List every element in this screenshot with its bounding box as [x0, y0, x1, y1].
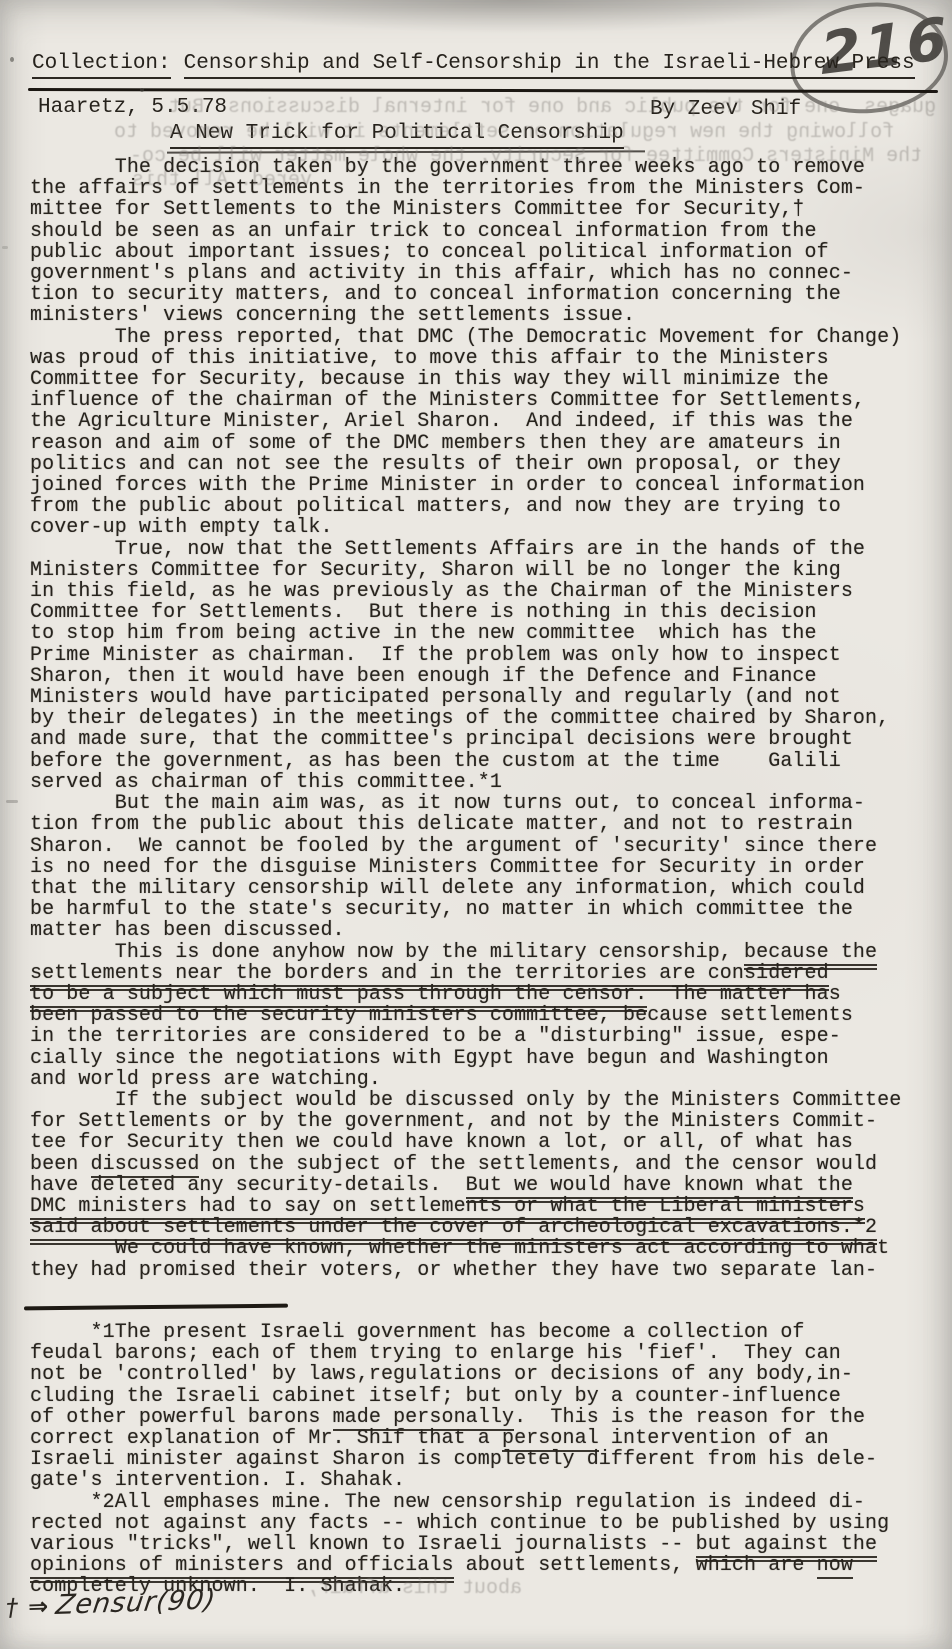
text-segment: now [817, 1554, 853, 1579]
text-segment: This is done anyhow now by the military … [30, 941, 744, 964]
text-segment: True, now that the Settlements Affairs a… [30, 538, 889, 794]
collection-heading: Collection:Censorship and Self-Censorshi… [32, 52, 915, 75]
scan-speck [6, 800, 18, 803]
text-segment: about settlements, which are [454, 1554, 817, 1577]
handwritten-annotation: †⇒Zensur(90) [6, 1584, 217, 1622]
source-and-date: Haaretz, 5.5.78 [38, 96, 227, 119]
article-title-underline-rule [167, 150, 645, 153]
scan-speck [10, 57, 14, 62]
collection-title: Censorship and Self-Censorship in the Is… [184, 52, 915, 79]
text-segment: The decision taken by the government thr… [30, 156, 865, 327]
footnote-separator [24, 1304, 288, 1311]
arrow-mark: ⇒ [28, 1592, 49, 1621]
collection-label: Collection: [32, 52, 171, 79]
dagger-mark: † [6, 1593, 19, 1621]
text-segment: The press reported, that DMC (The Democr… [30, 326, 901, 540]
scan-speck [2, 246, 8, 249]
text-segment: But the main aim was, as it now turns ou… [30, 792, 877, 942]
article-body: The decision taken by the government thr… [30, 157, 942, 1281]
footnotes: *1The present Israeli government has bec… [30, 1322, 942, 1598]
scanned-document-page: 216 Collection:Censorship and Self-Censo… [0, 0, 952, 1649]
article-title: A New Trick for Political Censorship [170, 122, 624, 149]
byline: By Zeev Shif [650, 98, 801, 121]
heading-underline-rule [28, 88, 938, 93]
annotation-text: Zensur(90) [54, 1584, 218, 1621]
scan-speck [140, 88, 144, 92]
text-segment: We could have known, whether the ministe… [30, 1237, 889, 1281]
